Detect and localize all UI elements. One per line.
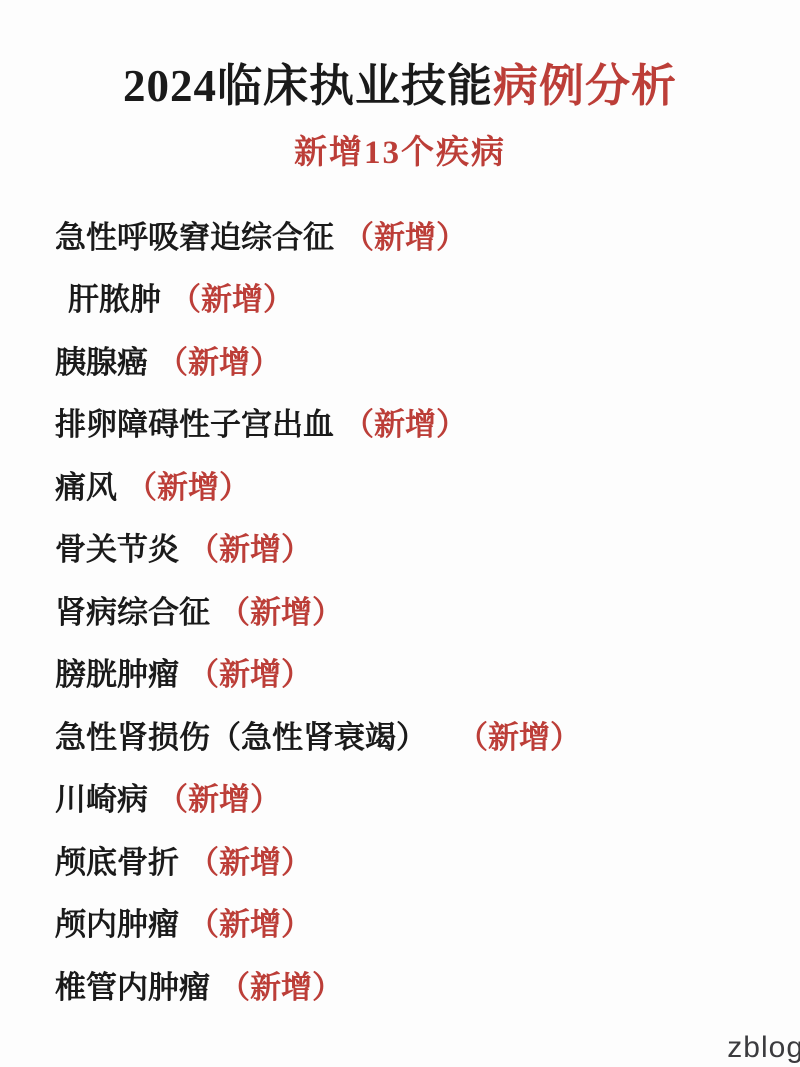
new-tag: （新增） bbox=[126, 472, 250, 503]
title-black-part: 2024临床执业技能 bbox=[123, 61, 493, 111]
list-item: 痛风 （新增） bbox=[55, 456, 780, 519]
page-subtitle: 新增13个疾病 bbox=[0, 137, 800, 170]
new-tag: （新增） bbox=[157, 347, 281, 378]
disease-name: 排卵障碍性子宫出血 bbox=[55, 409, 334, 440]
page: 2024临床执业技能病例分析 新增13个疾病 急性呼吸窘迫综合征 （新增） 肝脓… bbox=[0, 64, 800, 1019]
disease-name: 急性呼吸窘迫综合征 bbox=[55, 222, 334, 253]
list-item: 急性肾损伤（急性肾衰竭） （新增） bbox=[55, 706, 780, 769]
new-tag: （新增） bbox=[219, 972, 343, 1003]
disease-name: 颅底骨折 bbox=[55, 847, 179, 878]
new-tag: （新增） bbox=[219, 597, 343, 628]
disease-name: 肝脓肿 bbox=[68, 284, 161, 315]
list-item: 川崎病 （新增） bbox=[55, 769, 780, 832]
disease-name: 骨关节炎 bbox=[55, 534, 179, 565]
new-tag: （新增） bbox=[188, 534, 312, 565]
disease-name: 川崎病 bbox=[55, 784, 148, 815]
list-item: 胰腺癌 （新增） bbox=[55, 331, 780, 394]
disease-list: 急性呼吸窘迫综合征 （新增） 肝脓肿 （新增） 胰腺癌 （新增） 排卵障碍性子宫… bbox=[0, 206, 800, 1019]
new-tag: （新增） bbox=[188, 909, 312, 940]
disease-name: 椎管内肿瘤 bbox=[55, 972, 210, 1003]
list-item: 膀胱肿瘤 （新增） bbox=[55, 644, 780, 707]
disease-name: 膀胱肿瘤 bbox=[55, 659, 179, 690]
new-tag: （新增） bbox=[343, 222, 467, 253]
disease-name: 胰腺癌 bbox=[55, 347, 148, 378]
disease-name: 颅内肿瘤 bbox=[55, 909, 179, 940]
disease-name: 肾病综合征 bbox=[55, 597, 210, 628]
list-item: 颅底骨折 （新增） bbox=[55, 831, 780, 894]
new-tag: （新增） bbox=[157, 784, 281, 815]
disease-name: 急性肾损伤（急性肾衰竭） bbox=[55, 722, 427, 753]
list-item: 排卵障碍性子宫出血 （新增） bbox=[55, 394, 780, 457]
watermark: zblog bbox=[727, 1033, 800, 1063]
list-item: 椎管内肿瘤 （新增） bbox=[55, 956, 780, 1019]
new-tag: （新增） bbox=[170, 284, 294, 315]
list-item: 急性呼吸窘迫综合征 （新增） bbox=[55, 206, 780, 269]
disease-name: 痛风 bbox=[55, 472, 117, 503]
list-item: 颅内肿瘤 （新增） bbox=[55, 894, 780, 957]
list-item: 肾病综合征 （新增） bbox=[55, 581, 780, 644]
list-item: 骨关节炎 （新增） bbox=[55, 519, 780, 582]
title-red-part: 病例分析 bbox=[493, 61, 677, 111]
new-tag: （新增） bbox=[188, 847, 312, 878]
new-tag: （新增） bbox=[343, 409, 467, 440]
list-item: 肝脓肿 （新增） bbox=[55, 269, 780, 332]
new-tag: （新增） bbox=[188, 659, 312, 690]
page-title: 2024临床执业技能病例分析 bbox=[0, 64, 800, 109]
new-tag: （新增） bbox=[457, 722, 581, 753]
